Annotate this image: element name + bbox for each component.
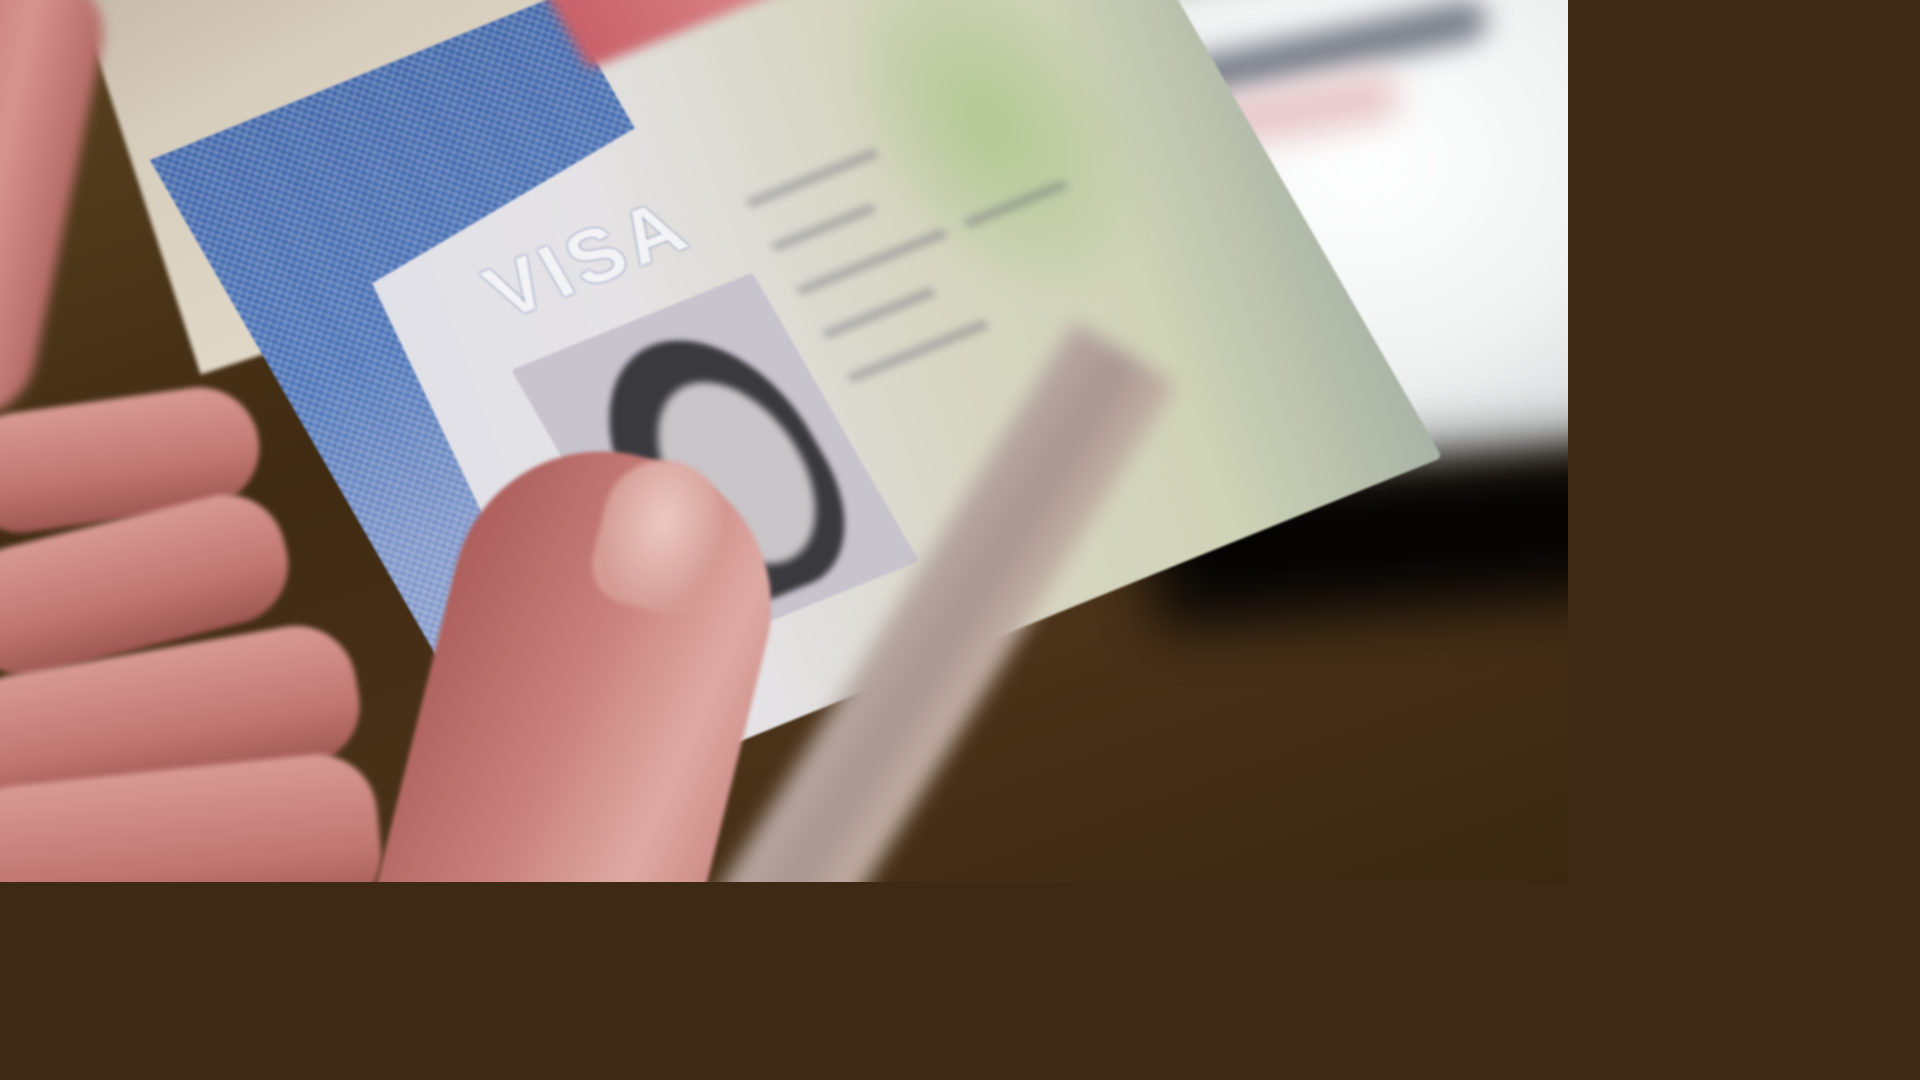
visa-field-line bbox=[821, 286, 937, 340]
photo-scene: VISA bbox=[0, 0, 1568, 882]
visa-field-line bbox=[745, 148, 880, 209]
visa-field-line bbox=[770, 203, 877, 253]
visa-field-line bbox=[846, 319, 990, 384]
